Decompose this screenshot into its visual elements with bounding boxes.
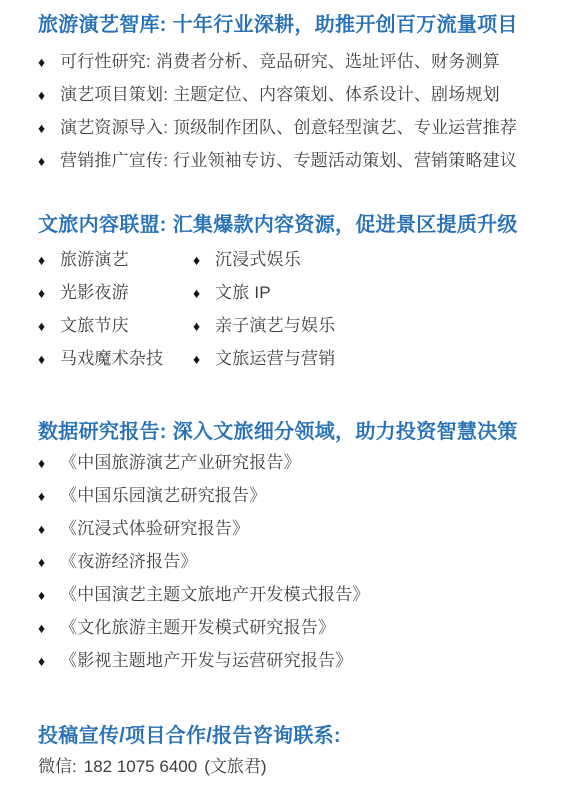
list-item-text: 沉浸式娱乐: [215, 250, 547, 270]
section-title: 文旅内容联盟: 汇集爆款内容资源，促进景区提质升级: [38, 213, 547, 237]
list-row: ♦ 马戏魔术杂技 ♦ 文旅运营与营销: [38, 349, 547, 369]
diamond-bullet-icon: ♦: [38, 52, 60, 72]
list-item-text: 文旅运营与营销: [215, 349, 547, 369]
report-title: 《文化旅游主题开发模式研究报告》: [60, 618, 547, 638]
list-item: ♦ 旅游演艺: [38, 250, 193, 270]
diamond-bullet-icon: ♦: [193, 349, 215, 369]
list-item-text: 演艺资源导入: 顶级制作团队、创意轻型演艺、专业运营推荐: [60, 118, 547, 138]
diamond-bullet-icon: ♦: [38, 349, 60, 369]
list-item: ♦ 可行性研究: 消费者分析、竞品研究、选址评估、财务测算: [38, 52, 547, 72]
section-research-reports: 数据研究报告: 深入文旅细分领域，助力投资智慧决策 ♦ 《中国旅游演艺产业研究报…: [38, 420, 547, 671]
list-item: ♦ 《影视主题地产开发与运营研究报告》: [38, 651, 547, 671]
section-content-alliance: 文旅内容联盟: 汇集爆款内容资源，促进景区提质升级 ♦ 旅游演艺 ♦ 沉浸式娱乐…: [38, 213, 547, 369]
list-item: ♦ 《夜游经济报告》: [38, 552, 547, 572]
list-row: ♦ 光影夜游 ♦ 文旅 IP: [38, 283, 547, 303]
contact-section: 投稿宣传/项目合作/报告咨询联系: 微信:182 1075 6400(文旅君): [38, 724, 547, 777]
list-item: ♦ 营销推广宣传: 行业领袖专访、专题活动策划、营销策略建议: [38, 151, 547, 171]
wechat-nickname: (文旅君): [204, 757, 266, 776]
list-item-text: 文旅 IP: [215, 283, 547, 303]
wechat-number: 182 1075 6400: [84, 757, 197, 776]
list-item: ♦ 《中国旅游演艺产业研究报告》: [38, 453, 547, 473]
list-item-text: 可行性研究: 消费者分析、竞品研究、选址评估、财务测算: [60, 52, 547, 72]
list-item-text: 文旅节庆: [60, 316, 193, 336]
diamond-bullet-icon: ♦: [38, 118, 60, 138]
section-think-tank: 旅游演艺智库: 十年行业深耕，助推开创百万流量项目 ♦ 可行性研究: 消费者分析…: [38, 13, 547, 171]
diamond-bullet-icon: ♦: [38, 85, 60, 105]
list-item-text: 营销推广宣传: 行业领袖专访、专题活动策划、营销策略建议: [60, 151, 547, 171]
list-item: ♦ 文旅 IP: [193, 283, 547, 303]
diamond-bullet-icon: ♦: [38, 453, 60, 473]
list-item: ♦ 马戏魔术杂技: [38, 349, 193, 369]
report-title: 《中国乐园演艺研究报告》: [60, 486, 547, 506]
list-item-text: 亲子演艺与娱乐: [215, 316, 547, 336]
diamond-bullet-icon: ♦: [193, 316, 215, 336]
report-title: 《夜游经济报告》: [60, 552, 547, 572]
list-item: ♦ 《中国乐园演艺研究报告》: [38, 486, 547, 506]
report-list: ♦ 《中国旅游演艺产业研究报告》 ♦ 《中国乐园演艺研究报告》 ♦ 《沉浸式体验…: [38, 453, 547, 671]
diamond-bullet-icon: ♦: [38, 618, 60, 638]
report-title: 《影视主题地产开发与运营研究报告》: [60, 651, 547, 671]
article-body: 旅游演艺智库: 十年行业深耕，助推开创百万流量项目 ♦ 可行性研究: 消费者分析…: [0, 0, 565, 791]
section-title: 数据研究报告: 深入文旅细分领域，助力投资智慧决策: [38, 420, 547, 444]
diamond-bullet-icon: ♦: [38, 151, 60, 171]
list-item-text: 马戏魔术杂技: [60, 349, 193, 369]
wechat-contact-line: 微信:182 1075 6400(文旅君): [38, 757, 547, 777]
list-item-text: 演艺项目策划: 主题定位、内容策划、体系设计、剧场规划: [60, 85, 547, 105]
list-item: ♦ 《中国演艺主题文旅地产开发模式报告》: [38, 585, 547, 605]
diamond-bullet-icon: ♦: [38, 316, 60, 336]
bullet-list: ♦ 可行性研究: 消费者分析、竞品研究、选址评估、财务测算 ♦ 演艺项目策划: …: [38, 52, 547, 171]
diamond-bullet-icon: ♦: [38, 552, 60, 572]
diamond-bullet-icon: ♦: [38, 585, 60, 605]
diamond-bullet-icon: ♦: [38, 519, 60, 539]
list-item-text: 光影夜游: [60, 283, 193, 303]
contact-title: 投稿宣传/项目合作/报告咨询联系:: [38, 724, 547, 748]
two-column-list: ♦ 旅游演艺 ♦ 沉浸式娱乐 ♦ 光影夜游 ♦ 文旅 IP: [38, 250, 547, 369]
diamond-bullet-icon: ♦: [38, 283, 60, 303]
diamond-bullet-icon: ♦: [38, 651, 60, 671]
section-title: 旅游演艺智库: 十年行业深耕，助推开创百万流量项目: [38, 13, 547, 37]
report-title: 《中国旅游演艺产业研究报告》: [60, 453, 547, 473]
diamond-bullet-icon: ♦: [193, 250, 215, 270]
diamond-bullet-icon: ♦: [38, 486, 60, 506]
list-item-text: 旅游演艺: [60, 250, 193, 270]
list-item: ♦ 演艺资源导入: 顶级制作团队、创意轻型演艺、专业运营推荐: [38, 118, 547, 138]
diamond-bullet-icon: ♦: [193, 283, 215, 303]
list-row: ♦ 旅游演艺 ♦ 沉浸式娱乐: [38, 250, 547, 270]
list-item: ♦ 演艺项目策划: 主题定位、内容策划、体系设计、剧场规划: [38, 85, 547, 105]
list-item: ♦ 沉浸式娱乐: [193, 250, 547, 270]
report-title: 《中国演艺主题文旅地产开发模式报告》: [60, 585, 547, 605]
report-title: 《沉浸式体验研究报告》: [60, 519, 547, 539]
list-item: ♦ 《文化旅游主题开发模式研究报告》: [38, 618, 547, 638]
diamond-bullet-icon: ♦: [38, 250, 60, 270]
list-item: ♦ 光影夜游: [38, 283, 193, 303]
list-row: ♦ 文旅节庆 ♦ 亲子演艺与娱乐: [38, 316, 547, 336]
list-item: ♦ 《沉浸式体验研究报告》: [38, 519, 547, 539]
list-item: ♦ 文旅运营与营销: [193, 349, 547, 369]
list-item: ♦ 文旅节庆: [38, 316, 193, 336]
list-item: ♦ 亲子演艺与娱乐: [193, 316, 547, 336]
wechat-label: 微信:: [38, 757, 77, 776]
